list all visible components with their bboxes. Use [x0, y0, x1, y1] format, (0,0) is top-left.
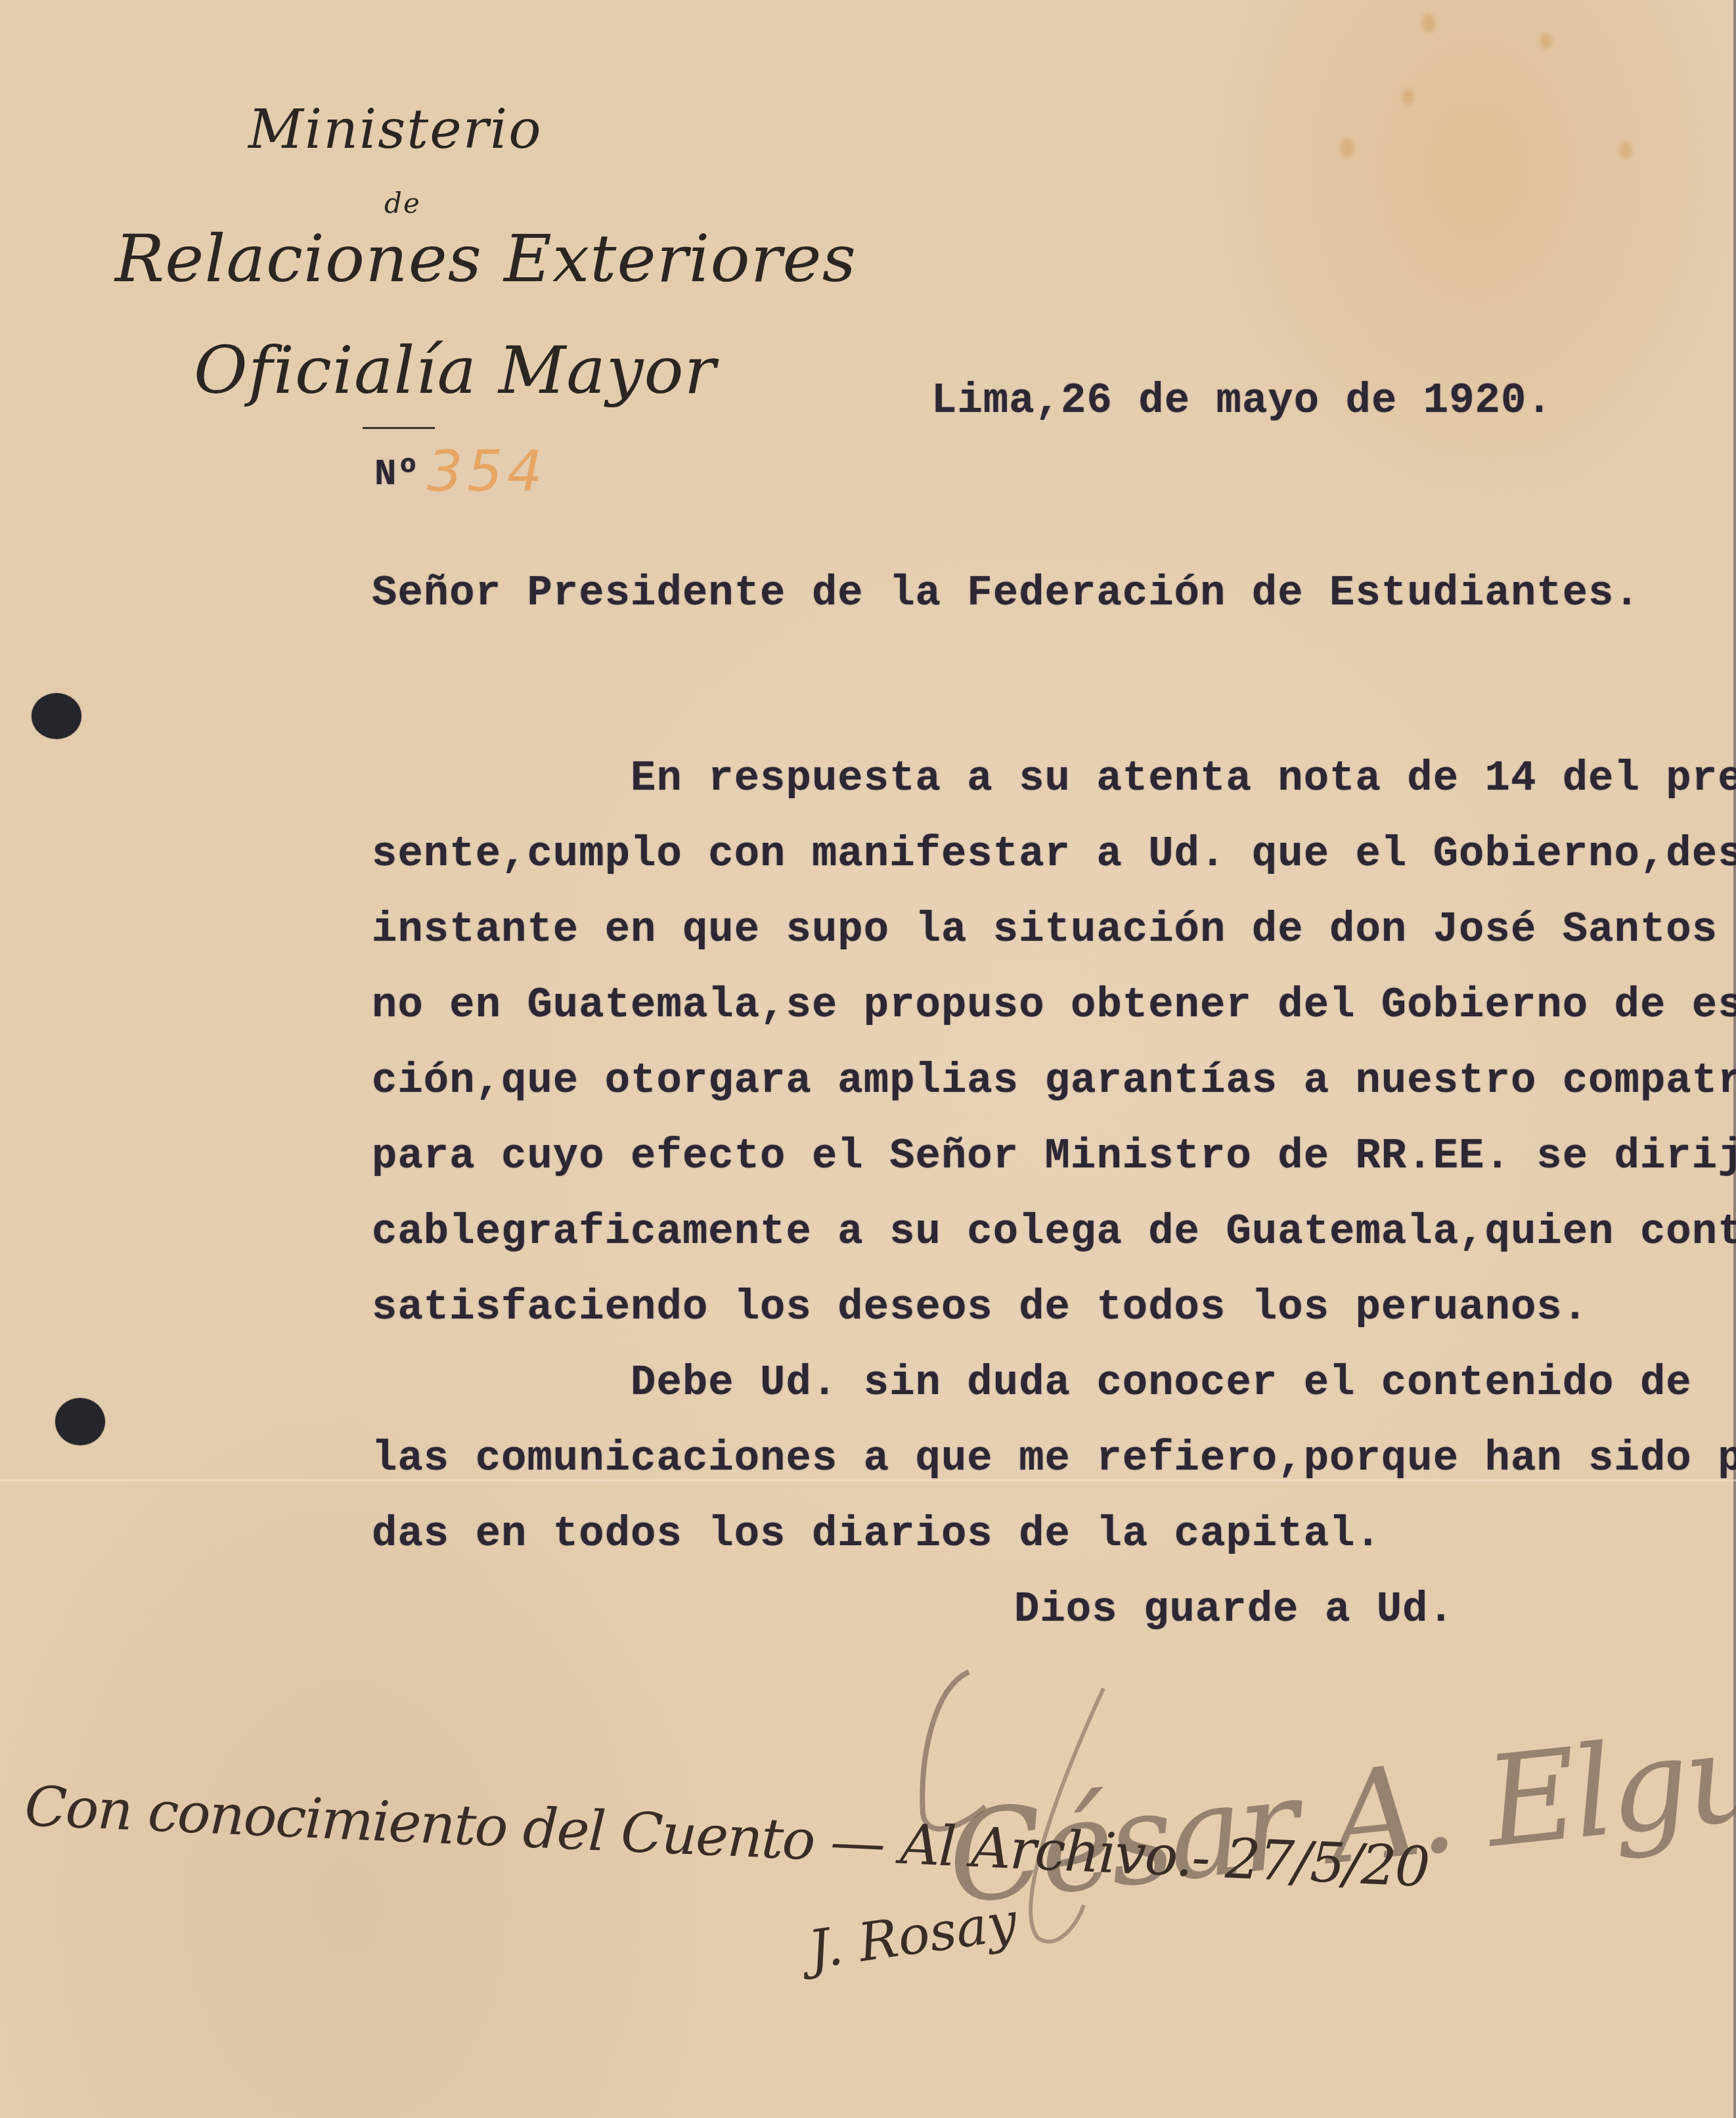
letterhead-foreign-affairs: Relaciones Exteriores: [115, 220, 857, 297]
body-line: ción,que otorgara amplias garantías a nu…: [372, 1058, 1736, 1105]
punch-hole: [55, 1398, 105, 1445]
signature: César A. Elguera: [906, 1642, 1736, 1984]
body-line: no en Guatemala,se propuso obtener del G…: [372, 982, 1736, 1029]
body-line: cablegraficamente a su colega de Guatema…: [372, 1209, 1736, 1256]
foxing-spot: [1619, 141, 1632, 160]
closing: Dios guarde a Ud.: [1014, 1587, 1454, 1634]
body-line: sente,cumplo con manifestar a Ud. que el…: [372, 831, 1736, 878]
body-line: las comunicaciones a que me refiero,porq…: [372, 1435, 1736, 1483]
body-line: satisfaciendo los deseos de todos los pe…: [372, 1284, 1588, 1332]
body-line: instante en que supo la situación de don…: [372, 907, 1736, 954]
foxing-spot: [1422, 13, 1435, 33]
body-line: das en todos los diarios de la capital.: [372, 1511, 1381, 1558]
body-line: para cuyo efecto el Señor Ministro de RR…: [372, 1133, 1736, 1181]
addressee: Señor Presidente de la Federación de Est…: [372, 570, 1640, 618]
reference-number: 354: [427, 439, 546, 505]
letterhead-ministry: Ministerio: [248, 99, 543, 161]
letterhead-de: de: [384, 187, 421, 219]
reference-label: Nº: [374, 453, 420, 495]
letterhead-office: Oficialía Mayor: [194, 332, 716, 409]
letterhead-rule: [363, 427, 435, 429]
foxing-spot: [1402, 89, 1414, 104]
foxing-spot: [1340, 138, 1354, 158]
punch-hole: [32, 693, 81, 739]
foxing-spot: [1540, 33, 1552, 49]
body-line: Debe Ud. sin duda conocer el contenido d…: [372, 1360, 1692, 1407]
letter-date: Lima,26 de mayo de 1920.: [931, 378, 1553, 425]
body-line: En respuesta a su atenta nota de 14 del …: [372, 755, 1736, 803]
